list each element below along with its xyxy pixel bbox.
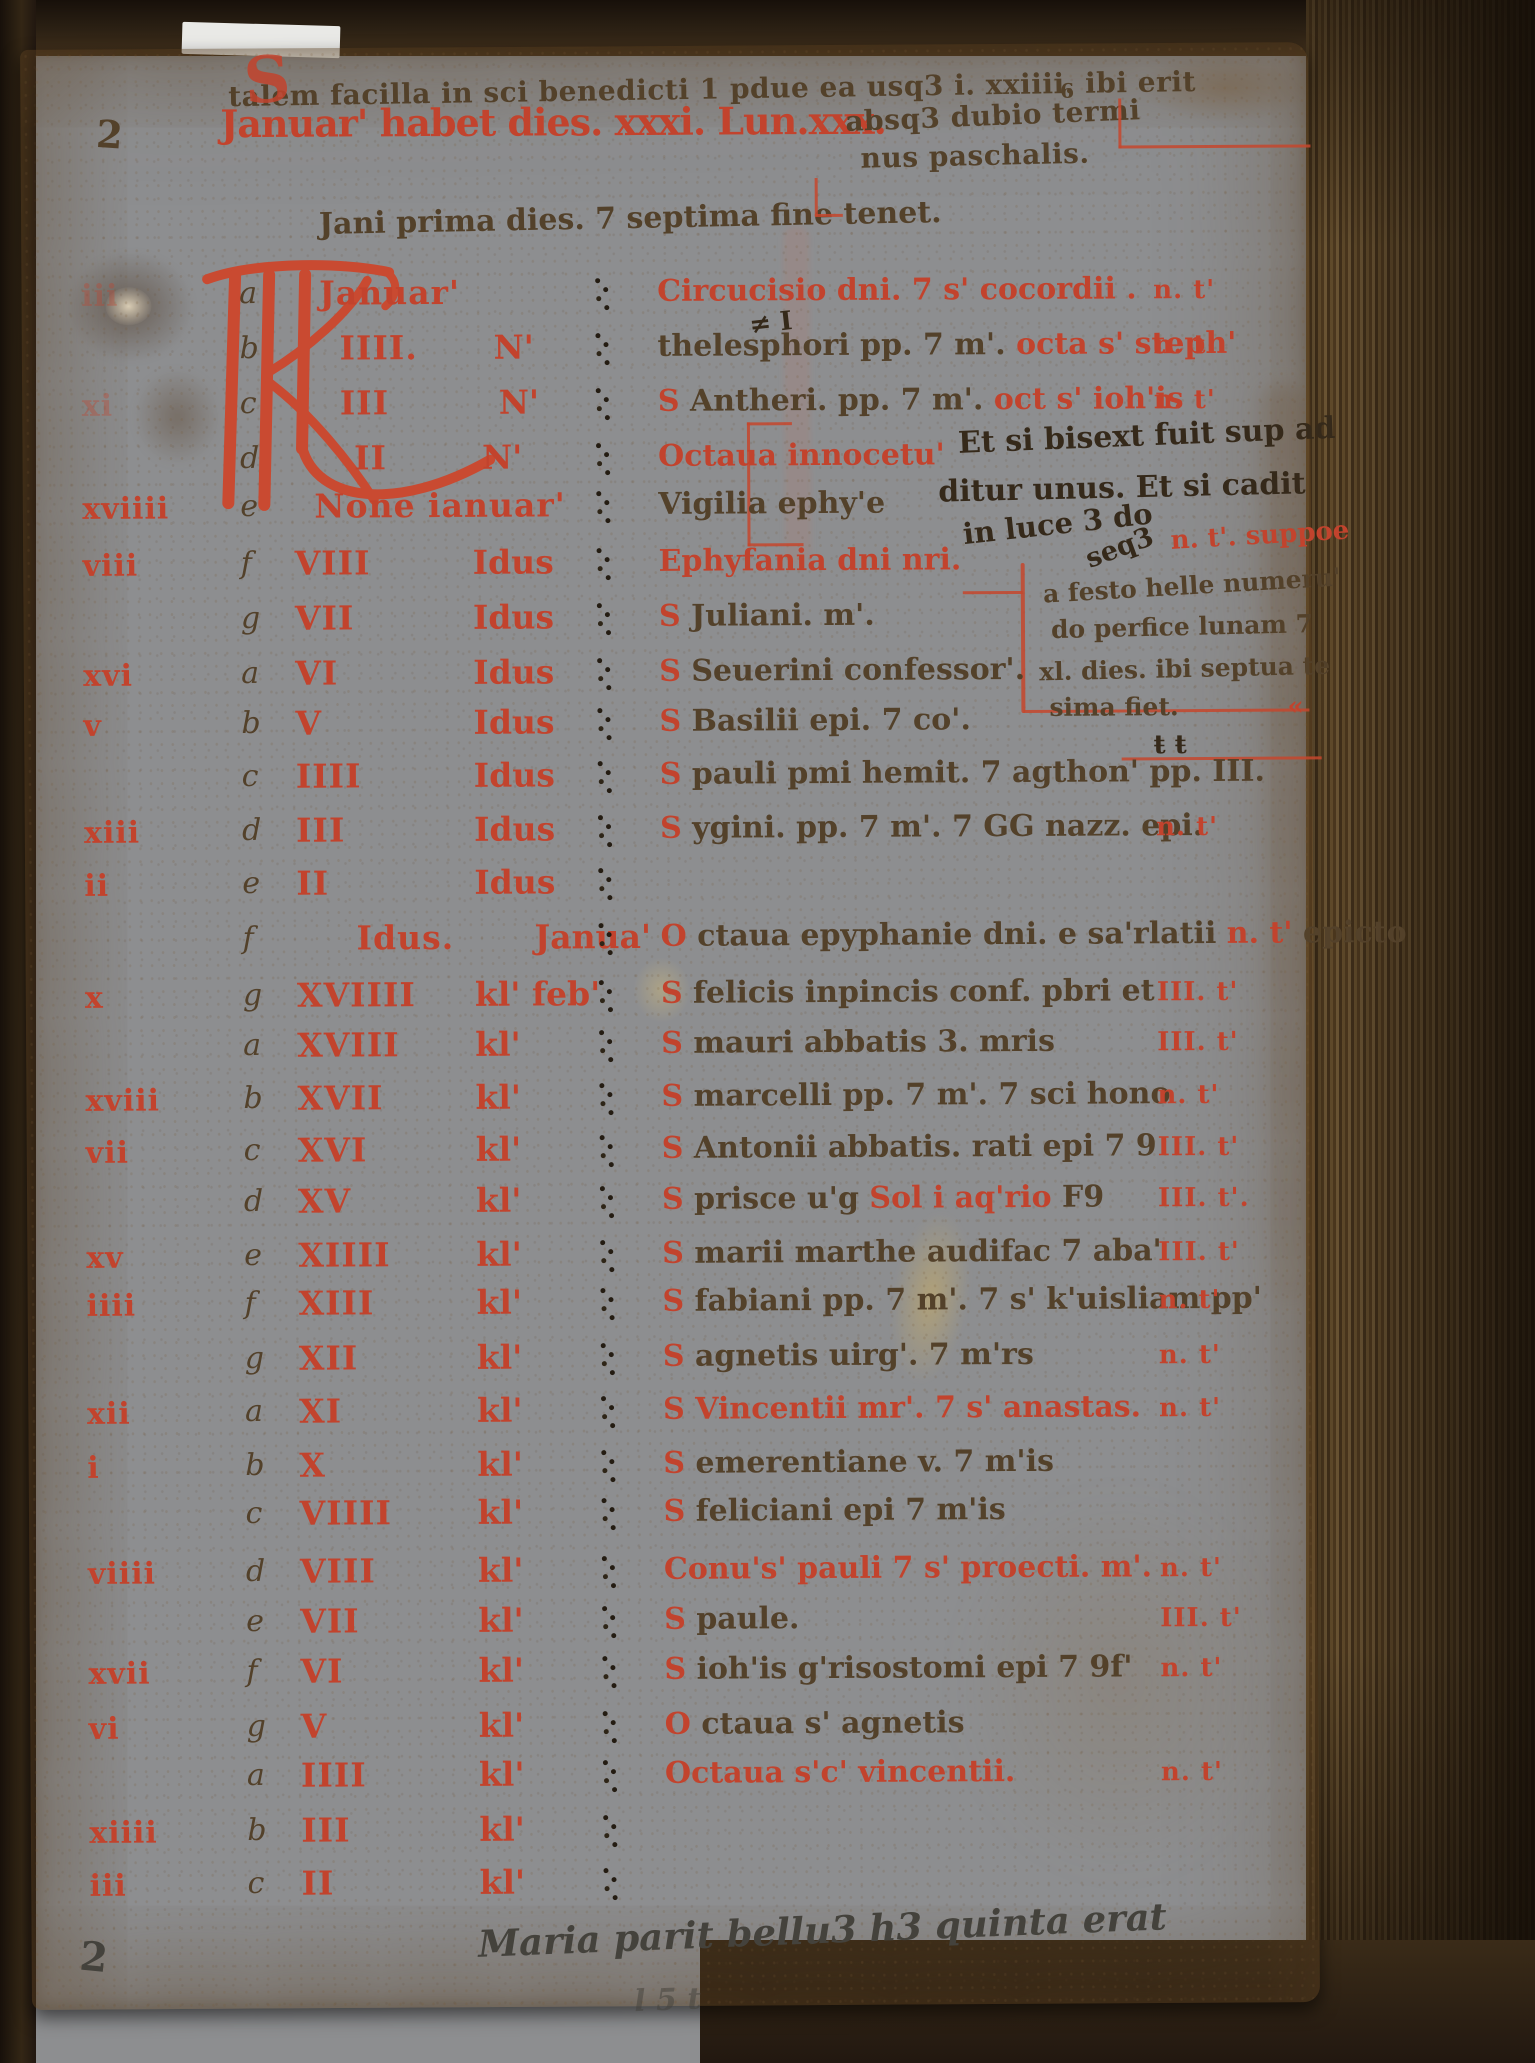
golden-number: xiiii [89,1816,158,1851]
feast-entry: S Antonii abbatis. rati epi 7 9 [662,1128,1157,1166]
day-numeral: X [299,1446,326,1485]
day-numeral: III [301,1811,351,1850]
day-numeral: VI [300,1652,343,1691]
punctuation-dots [597,548,602,553]
feast-text-segment: epicto [1292,915,1406,951]
feast-text-segment: S [660,811,692,846]
punctuation-dots [597,658,602,663]
feast-text-segment: Juliani. m'. [691,598,875,634]
feast-text-segment: Conu's' pauli 7 s' proecti. m'. [664,1549,1152,1587]
punctuation-dots [596,491,601,496]
punctuation-dots [602,1498,607,1503]
kalend-label: kl' [477,1445,523,1484]
kalend-label: Idus [474,862,555,901]
day-numeral: V [295,704,322,743]
lesson-mark: n. t' [1159,1340,1221,1370]
dominical-letter: f [246,1654,257,1689]
kalend-label: kl' [479,1755,525,1794]
kalend-label: kl' [478,1601,524,1640]
punctuation-dots [598,815,603,820]
note-bisext-line-1: Et si bisext fuit sup ad [957,411,1335,461]
lesson-mark: III. t' [1157,977,1239,1007]
feast-entry: S prisce u'g Sol i aq'rio F9 [662,1180,1104,1217]
note-festo-line-2: do perfice lunam 7 [1051,609,1314,644]
punctuation-dots [600,1240,605,1245]
golden-number: viii [83,549,139,584]
note-folio-number-bottom: 2 [78,1933,110,1983]
dominical-letter: e [240,489,258,524]
golden-number: xviii [85,1083,160,1118]
feast-text-segment: S Vincentii mr'. 7 s' anastas. [663,1389,1141,1427]
kalend-label: kl' [478,1551,524,1590]
golden-number: ii [84,869,109,904]
golden-number: iii [89,1869,126,1904]
note-festo-line-4: sima fiet. [1049,692,1178,722]
feast-entry: S felicis inpincis conf. pbri et [661,973,1155,1011]
day-numeral: IIII. [339,328,417,367]
feast-entry: O ctaua s' agnetis [665,1705,965,1742]
dominical-letter: b [247,1813,266,1848]
lesson-mark: n. t' [1153,330,1215,360]
kalend-label: Idus [474,755,555,794]
day-numeral: VIIII [300,1493,393,1532]
punctuation-dots [601,1396,606,1401]
punctuation-dots [602,1606,607,1611]
feast-text-segment: S [659,654,691,689]
day-numeral: XVIII [297,1025,400,1065]
feast-text-segment: S [658,384,690,419]
golden-number: xvi [83,659,133,694]
lesson-mark: n. t' [1160,1553,1222,1583]
punctuation-dots [602,1556,607,1561]
feast-entry: S agnetis uirg'. 7 m'rs [663,1337,1034,1374]
note-red-initial-fragment: S [241,41,293,119]
feast-text-segment: ctaua epyphanie dni. e sa'rlatii [697,916,1227,954]
feast-entry: Vigilia ephy'e [658,486,885,522]
note-cursive-note-2: l 5 t [633,1982,701,2020]
golden-number: xvii [88,1657,150,1692]
feast-text-segment: agnetis uirg'. 7 m'rs [695,1337,1034,1374]
feast-text-segment: S [662,1131,694,1166]
lesson-mark: III. t'. [1158,1183,1250,1213]
golden-number: x [85,981,104,1016]
feast-entry: Octaua s'c' vincentii. [665,1754,1015,1791]
feast-entry: S ygini. pp. 7 m'. 7 GG nazz. epi. [660,808,1203,846]
feast-entry: S marii marthe audifac 7 aba' [662,1233,1162,1271]
feast-text-segment: Vigilia ephy'e [658,486,885,522]
page-ink-layer: talem facilla in sci benedicti 1 pdue ea… [0,0,1535,2063]
lesson-mark: III. t' [1158,1237,1240,1267]
day-numeral: VII [300,1601,360,1640]
day-numeral: III [340,383,390,422]
feast-entry: S Basilii epi. 7 co'. [659,702,971,739]
kalend-label: kl' [476,1181,522,1220]
feast-text-segment: S [663,1446,695,1481]
red-bracket-box-vertical [1021,563,1026,713]
kalend-label: Idus [473,542,554,581]
punctuation-dots [603,1815,608,1820]
feast-entry: Circucisio dni. 7 s' cocordii . [657,271,1137,309]
feast-text-segment: S [661,976,693,1011]
dominical-letter: c [240,386,257,421]
lesson-mark: n. t' [1161,1757,1223,1787]
golden-number: xv [86,1241,124,1276]
lesson-mark: III. t' [1158,1132,1240,1162]
lesson-mark: n. t' [1156,812,1218,842]
lesson-mark: n. t' [1154,385,1216,415]
kalend-label: kl' [479,1810,525,1849]
dominical-letter: e [244,1238,262,1273]
feast-entry: thelesphori pp. 7 m'. octa s' steph' [657,326,1236,364]
golden-number: vi [89,1712,120,1747]
punctuation-dots [603,1868,608,1873]
kalend-label: kl' [477,1338,523,1377]
day-numeral: VIII [295,543,371,582]
punctuation-dots [599,980,604,985]
feast-entry: S Juliani. m'. [659,598,875,634]
feast-text-segment: S [664,1494,696,1529]
golden-number: i [87,1451,100,1486]
kalend-label: kl' [476,1235,522,1274]
lesson-mark: III. t' [1160,1603,1242,1633]
kalend-label: N' [493,328,533,367]
lesson-mark: n. t' [1159,1393,1221,1423]
kalend-label: kl' [478,1493,524,1532]
day-numeral: III [296,811,346,850]
golden-number: xi [82,389,113,424]
feast-text-segment: ioh'is g'risostomi epi 7 9f' [696,1649,1132,1686]
note-tally-top: ≠ I [748,306,794,341]
feast-entry: S Seuerini confessor'. [659,652,1025,689]
feast-text-segment: S [659,704,691,739]
day-numeral: None ianuar' [314,485,566,525]
feast-text-segment: Seuerini confessor'. [691,652,1025,689]
punctuation-dots [598,868,603,873]
dominical-letter: b [243,1081,262,1116]
dominical-letter: f [241,546,252,581]
kalend-label: N' [482,438,522,477]
feast-text-segment: ygini. pp. 7 m'. 7 GG nazz. epi. [692,808,1203,846]
day-numeral: VIII [300,1551,376,1590]
day-numeral: XI [299,1392,342,1431]
day-numeral: IIII [301,1755,367,1794]
golden-number: vii [86,1136,129,1171]
feast-text-segment: marcelli pp. 7 m'. 7 sci hono [693,1076,1170,1113]
dominical-letter: a [239,276,257,311]
kalend-label: kl' [479,1863,525,1902]
dominical-letter: b [241,706,260,741]
feast-text-segment: S [662,1182,694,1217]
feast-text-segment: marii marthe audifac 7 aba' [694,1233,1162,1270]
punctuation-dots [603,1711,608,1716]
kalend-label: Idus [473,702,554,741]
month-title: Januar' habet dies. xxxi. Lun.xxx. [220,98,886,146]
dominical-letter: c [244,1133,261,1168]
feast-text-segment: ctaua s' agnetis [701,1705,964,1741]
day-numeral: XVII [297,1078,383,1117]
dominical-letter: g [243,978,262,1013]
note-red-tail-chevron: « [1287,691,1303,721]
dominical-letter: g [241,601,260,636]
dominical-letter: f [244,1286,255,1321]
golden-number: xviiii [82,491,169,526]
punctuation-dots [600,1186,605,1191]
punctuation-dots [603,1760,608,1765]
feast-text-segment: Antonii abbatis. rati epi 7 9 [694,1128,1157,1165]
feast-text-segment: S [659,599,691,634]
feast-entry: Conu's' pauli 7 s' proecti. m'. [664,1549,1152,1587]
feast-text-segment: S [662,1236,694,1271]
feast-text-segment: S [660,757,692,792]
punctuation-dots [601,1450,606,1455]
kalend-label: kl' [475,1078,521,1117]
feast-entry: Octaua innocetu' [658,437,945,474]
feast-text-segment: Sol i aq'rio [869,1180,1062,1216]
feast-entry: O ctaua epyphanie dni. e sa'rlatii n. t'… [661,915,1407,954]
dominical-letter: c [246,1496,263,1531]
dominical-letter: e [242,866,260,901]
punctuation-dots [601,1343,606,1348]
punctuation-dots [602,1656,607,1661]
feast-entry: Ephyfania dni nri. [659,542,962,579]
feast-text-segment: S [663,1339,695,1374]
note-tally-bottom: ŧ ŧ [1154,730,1187,760]
kalend-label: kl' [477,1391,523,1430]
day-numeral: VI [295,654,338,693]
punctuation-dots [599,1083,604,1088]
day-numeral: XV [298,1181,351,1220]
kalend-label: N' [499,382,539,421]
feast-text-segment: S [664,1652,696,1687]
feast-text-segment: Basilii epi. 7 co'. [691,702,970,738]
note-folio-number-top: 2 [95,111,124,158]
feast-entry: S marcelli pp. 7 m'. 7 sci hono [661,1076,1170,1114]
day-numeral: XIIII [298,1235,391,1274]
kalend-label: kl' feb' [475,974,601,1014]
feast-text-segment: Octaua s'c' vincentii. [665,1754,1015,1791]
punctuation-dots [597,603,602,608]
punctuation-dots [598,761,603,766]
dominical-letter: g [247,1709,266,1744]
red-bracket-box-lead [963,591,1023,594]
feast-entry: S feliciani epi 7 m'is [664,1492,1006,1529]
red-bracket-mid-top [747,422,792,425]
dominical-letter: c [247,1866,264,1901]
dominical-letter: b [245,1448,264,1483]
day-numeral: XII [299,1338,359,1377]
dominical-letter: f [243,921,254,956]
red-bracket-verse-horizontal [815,214,843,217]
feast-entry: S paule. [664,1601,799,1637]
dominical-letter: a [243,1028,261,1063]
feast-text-segment: thelesphori pp. 7 m'. [657,327,1016,364]
dominical-letter: d [246,1554,265,1589]
dominical-letter: a [247,1758,265,1793]
feast-text-segment: O [661,919,698,954]
feast-text-segment: Circucisio dni. 7 s' cocordii . [657,271,1137,309]
punctuation-dots [600,1135,605,1140]
kalend-label: Janua' [534,917,651,957]
lesson-mark: n. t' [1153,275,1215,305]
day-numeral: XVIIII [297,975,416,1015]
day-numeral: Idus. [356,918,454,958]
dominical-letter: g [245,1341,264,1376]
kalend-label: kl' [476,1130,522,1169]
feast-entry: S mauri abbatis 3. mris [661,1024,1055,1061]
dominical-letter: b [239,331,258,366]
note-quire-mark: 6 [1060,79,1074,103]
lesson-mark: n. t' [1157,1080,1219,1110]
feast-text-segment: F9 [1062,1180,1104,1215]
golden-number: xii [87,1397,131,1432]
feast-text-segment: n. t' [1227,916,1293,951]
feast-text-segment: felicis inpincis conf. pbri et [693,973,1155,1010]
dominical-letter: e [246,1604,264,1639]
punctuation-dots [599,1030,604,1035]
kalend-label: Idus [473,652,554,691]
red-bracket-top-horizontal [1118,144,1310,148]
feast-text-segment: Ephyfania dni nri. [659,542,962,579]
feast-entry: S ioh'is g'risostomi epi 7 9f' [664,1649,1132,1686]
dominical-letter: a [245,1394,263,1429]
manuscript-photo: { "colors":{"red_ink":"#c2432d","brown_i… [0,0,1535,2063]
red-bracket-top-vertical [1118,98,1121,148]
kalend-label: kl' [479,1706,525,1745]
feast-text-segment: S [661,1079,693,1114]
feast-text-segment: Octaua innocetu' [658,437,945,474]
note-festo-line-1: a festo helle numeru' [1042,563,1341,609]
punctuation-dots [597,708,602,713]
note-suppoe-note: n. t'. suppoe [1170,516,1350,556]
lesson-mark: n. t' [1160,1653,1222,1683]
dominical-letter: c [242,759,259,794]
day-numeral: V [301,1707,328,1746]
lesson-mark: n. t' [1158,1285,1220,1315]
punctuation-dots [600,1288,605,1293]
note-festo-line-3: xl. dies. ibi septua te [1039,651,1330,687]
punctuation-dots [596,388,601,393]
feast-text-segment: Antheri. pp. 7 m'. [690,382,994,419]
feast-text-segment: S [662,1284,694,1319]
punctuation-dots [596,443,601,448]
feast-text-segment: prisce u'g [694,1181,869,1217]
day-numeral: Januar' [319,273,460,313]
dominical-letter: d [240,441,259,476]
feast-entry: S Vincentii mr'. 7 s' anastas. [663,1389,1141,1427]
note-cursive-note: Maria parit bellu3 h3 quinta erat [477,1894,1167,1966]
dominical-letter: a [241,656,259,691]
feast-text-segment: paule. [696,1601,799,1637]
header-verse: Jani prima dies. 7 septima fine tenet. [319,195,942,242]
golden-number: v [83,709,102,744]
feast-text-segment: mauri abbatis 3. mris [693,1024,1055,1061]
feast-entry: S emerentiane v. 7 m'is [663,1444,1054,1481]
feast-text-segment: O [665,1707,702,1742]
punctuation-dots [595,333,600,338]
day-numeral: VII [295,598,355,637]
kalend-label: Idus [473,597,554,636]
red-bracket-verse-vertical [815,178,818,216]
golden-number: xiii [84,816,140,851]
feast-text-segment: feliciani epi 7 m'is [696,1492,1006,1529]
dominical-letter: d [242,813,261,848]
kalend-label: kl' [478,1651,524,1690]
kalend-label: Idus [474,809,555,848]
day-numeral: II [354,438,387,477]
golden-number: viiii [88,1557,156,1592]
feast-text-segment: S [664,1602,696,1637]
feast-text-segment: emerentiane v. 7 m'is [695,1444,1054,1481]
day-numeral: XIII [298,1283,374,1322]
golden-number: iiii [86,1289,136,1324]
dominical-letter: d [244,1184,263,1219]
day-numeral: XVI [298,1130,368,1169]
punctuation-dots [595,278,600,283]
kalend-label: kl' [475,1025,521,1064]
lesson-mark: III. t' [1157,1027,1239,1057]
feast-entry: S Antheri. pp. 7 m'. oct s' ioh'is [658,381,1184,419]
kalend-label: kl' [476,1283,522,1322]
day-numeral: II [301,1864,334,1903]
header-right-note-line2: nus paschalis. [860,137,1090,175]
golden-number: iii [81,279,118,314]
day-numeral: II [296,864,329,903]
punctuation-dots [599,923,604,928]
day-numeral: IIII [296,756,362,795]
feast-text-segment: S [661,1026,693,1061]
